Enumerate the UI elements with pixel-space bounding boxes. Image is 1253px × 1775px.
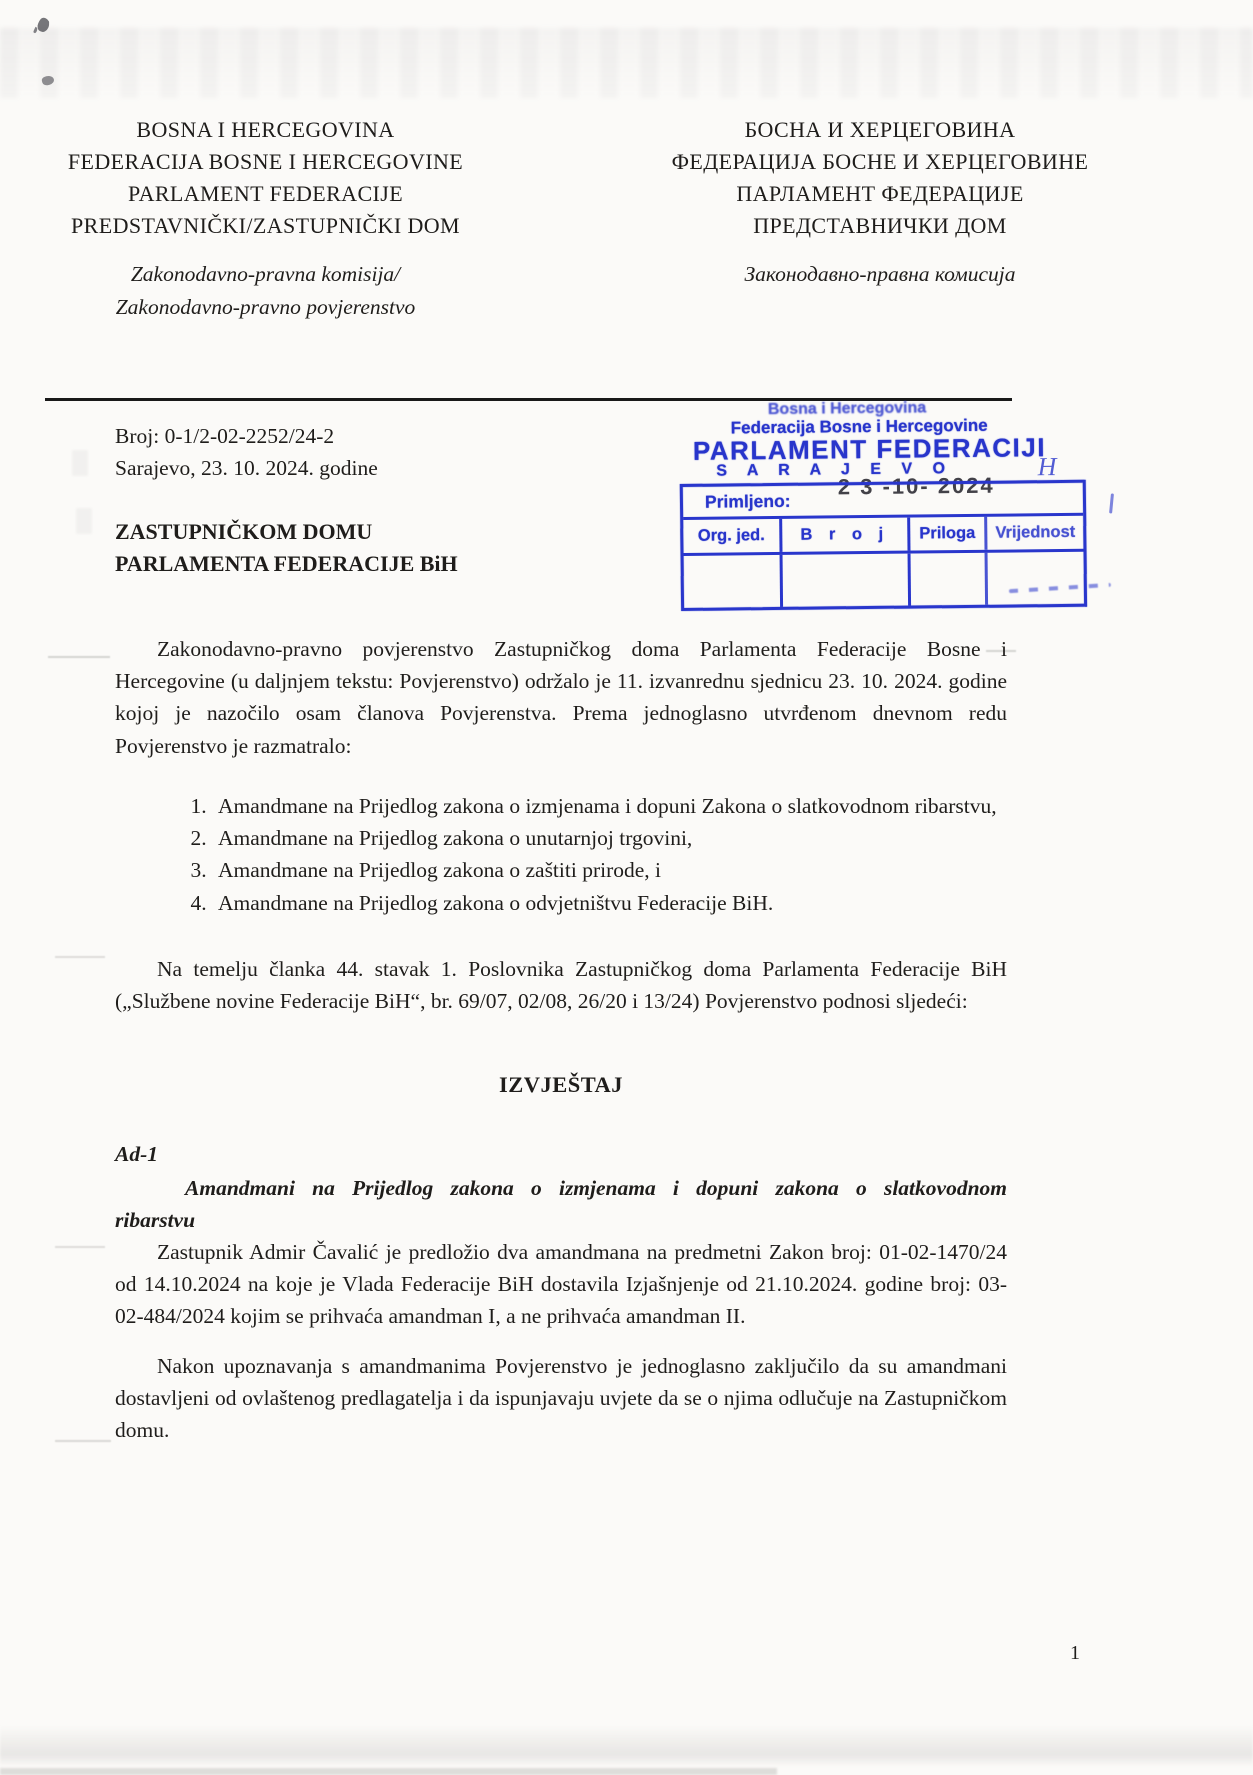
received-stamp: Bosna i Hercegovina Federacija Bosne i H… xyxy=(609,395,1131,610)
handwritten-h-mark: H xyxy=(1037,452,1056,482)
agenda-list: Amandmane na Prijedlog zakona o izmjenam… xyxy=(115,790,1007,919)
agenda-ordered-list: Amandmane na Prijedlog zakona o izmjenam… xyxy=(115,790,1007,919)
letterhead-cyrillic: БОСНА И ХЕРЦЕГОВИНА ФЕДЕРАЦИЈА БОСНЕ И Х… xyxy=(640,114,1120,242)
paragraph-text: Zakonodavno-pravno povjerenstvo Zastupni… xyxy=(115,633,1007,762)
agenda-item: Amandmane na Prijedlog zakona o zaštiti … xyxy=(212,854,1007,886)
heading-text: Amandmani na Prijedlog zakona o izmjenam… xyxy=(115,1172,1007,1236)
letterhead-latin: BOSNA I HERCEGOVINA FEDERACIJA BOSNE I H… xyxy=(43,114,488,242)
stamp-empty-cell xyxy=(684,555,781,608)
addressee-line: PARLAMENTA FEDERACIJE BiH xyxy=(115,548,458,580)
scan-edge-strip xyxy=(0,1768,777,1775)
report-title: IZVJEŠTAJ xyxy=(115,1072,1007,1098)
reference-place-date: Sarajevo, 23. 10. 2024. godine xyxy=(115,452,378,484)
committee-line: Zakonodavno-pravno povjerenstvo xyxy=(43,291,488,324)
letterhead-line: BOSNA I HERCEGOVINA xyxy=(43,114,488,146)
committee-line: Законодавно-правна комисија xyxy=(640,258,1120,291)
addressee-block: ZASTUPNIČKOM DOMU PARLAMENTA FEDERACIJE … xyxy=(115,516,458,580)
agenda-item: Amandmane na Prijedlog zakona o unutarnj… xyxy=(212,822,1007,854)
stamp-empty-cell xyxy=(780,554,909,607)
pencil-ghost-mark xyxy=(72,450,88,476)
stamp-row-received: Primljeno: xyxy=(683,483,1083,517)
pencil-dash xyxy=(55,956,105,958)
letterhead-line: ПРЕДСТАВНИЧКИ ДОМ xyxy=(640,210,1120,242)
pencil-dash xyxy=(55,1440,111,1442)
letterhead-line: ПАРЛАМЕНТ ФЕДЕРАЦИЈЕ xyxy=(640,178,1120,210)
page-number: 1 xyxy=(1070,1642,1080,1665)
letterhead-line: PARLAMENT FEDERACIJE xyxy=(43,178,488,210)
stamp-col-org-jed: Org. jed. xyxy=(683,519,779,553)
conclusion-paragraph: Nakon upoznavanja s amandmanima Povjeren… xyxy=(115,1350,1007,1447)
paragraph-text: Nakon upoznavanja s amandmanima Povjeren… xyxy=(115,1350,1007,1447)
ad1-heading: Amandmani na Prijedlog zakona o izmjenam… xyxy=(115,1172,1007,1236)
pencil-ghost-mark xyxy=(76,508,92,534)
stamp-col-priloga: Priloga xyxy=(907,517,984,551)
addressee-line: ZASTUPNIČKOM DOMU xyxy=(115,516,458,548)
pencil-dash xyxy=(55,1246,105,1248)
paragraph-text: Zastupnik Admir Čavalić je predložio dva… xyxy=(115,1236,1007,1333)
scanned-document-page: BOSNA I HERCEGOVINA FEDERACIJA BOSNE I H… xyxy=(0,0,1253,1775)
committee-line: Zakonodavno-pravna komisija/ xyxy=(43,258,488,291)
stamp-empty-cell xyxy=(985,552,1085,605)
stamp-col-vrijednost: Vrijednost xyxy=(984,516,1083,550)
ad1-label: Ad-1 xyxy=(115,1142,158,1167)
letterhead-line: ФЕДЕРАЦИЈА БОСНЕ И ХЕРЦЕГОВИНЕ xyxy=(640,146,1120,178)
stamp-row-headers: Org. jed. B r o j Priloga Vrijednost xyxy=(683,513,1083,553)
committee-name-latin: Zakonodavno-pravna komisija/ Zakonodavno… xyxy=(43,258,488,324)
stamp-row-empty xyxy=(684,549,1085,608)
letterhead-line: БОСНА И ХЕРЦЕГОВИНА xyxy=(640,114,1120,146)
stamp-received-label: Primljeno: xyxy=(683,483,1083,517)
scan-smudge-top xyxy=(0,28,1253,98)
letterhead-line: FEDERACIJA BOSNE I HERCEGOVINE xyxy=(43,146,488,178)
agenda-item: Amandmane na Prijedlog zakona o izmjenam… xyxy=(212,790,1007,822)
agenda-item: Amandmane na Prijedlog zakona o odvjetni… xyxy=(212,887,1007,919)
committee-name-cyrillic: Законодавно-правна комисија xyxy=(640,258,1120,291)
stamp-stray-mark-icon xyxy=(1109,493,1114,513)
scan-shadow-bottom xyxy=(0,1725,1253,1767)
stamp-empty-cell xyxy=(908,553,986,606)
intro-paragraph: Zakonodavno-pravno povjerenstvo Zastupni… xyxy=(115,633,1007,762)
legal-basis-paragraph: Na temelju članka 44. stavak 1. Poslovni… xyxy=(115,953,1007,1017)
amendments-paragraph: Zastupnik Admir Čavalić je predložio dva… xyxy=(115,1236,1007,1333)
paragraph-text: Na temelju članka 44. stavak 1. Poslovni… xyxy=(115,953,1007,1017)
pencil-dash xyxy=(48,656,110,658)
letterhead-line: PREDSTAVNIČKI/ZASTUPNIČKI DOM xyxy=(43,210,488,242)
reference-block: Broj: 0-1/2-02-2252/24-2 Sarajevo, 23. 1… xyxy=(115,420,378,484)
stamp-col-broj: B r o j xyxy=(779,518,907,552)
reference-number: Broj: 0-1/2-02-2252/24-2 xyxy=(115,420,378,452)
